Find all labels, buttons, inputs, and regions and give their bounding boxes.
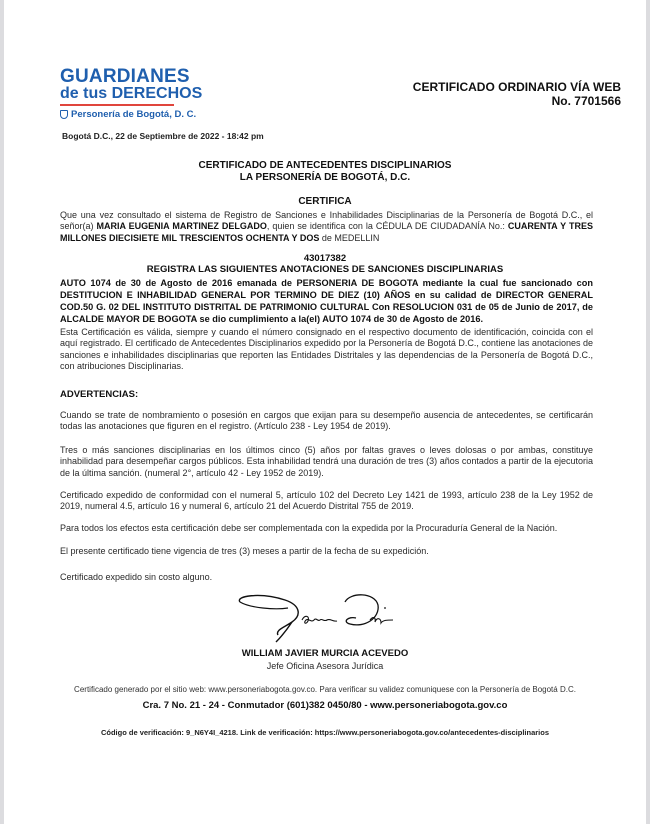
footer-generated-note: Certificado generado por el sitio web: w… xyxy=(40,685,610,694)
signature-icon xyxy=(230,590,420,645)
certifica-heading: CERTIFICA xyxy=(60,196,590,207)
certificate-number: No. 7701566 xyxy=(413,94,621,108)
intro-paragraph: Que una vez consultado el sistema de Reg… xyxy=(60,210,593,244)
warning-item: Certificado expedido sin costo alguno. xyxy=(60,572,593,583)
signer-name: WILLIAM JAVIER MURCIA ACEVEDO xyxy=(60,648,590,659)
footer-address: Cra. 7 No. 21 - 24 - Conmutador (601)382… xyxy=(60,700,590,711)
signer-role: Jefe Oficina Asesora Jurídica xyxy=(60,661,590,671)
validity-paragraph: Esta Certificación es válida, siempre y … xyxy=(60,327,593,372)
page-edge-right xyxy=(646,0,650,824)
logo-line-3: Personería de Bogotá, D. C. xyxy=(60,109,220,120)
sanction-record: AUTO 1074 de 30 de Agosto de 2016 emanad… xyxy=(60,277,593,325)
certificate-type-label: CERTIFICADO ORDINARIO VÍA WEB xyxy=(413,80,621,94)
person-name: MARIA EUGENIA MARTINEZ DELGADO xyxy=(97,221,267,231)
document-title-line-1: CERTIFICADO DE ANTECEDENTES DISCIPLINARI… xyxy=(60,160,590,172)
document-title: CERTIFICADO DE ANTECEDENTES DISCIPLINARI… xyxy=(60,160,590,184)
registra-heading: REGISTRA LAS SIGUIENTES ANOTACIONES DE S… xyxy=(60,264,590,275)
logo-divider xyxy=(60,104,174,106)
logo-line-1: GUARDIANES xyxy=(60,68,220,86)
warning-item: Cuando se trate de nombramiento o posesi… xyxy=(60,410,593,433)
warning-item: Tres o más sanciones disciplinarias en l… xyxy=(60,445,593,479)
warning-item: El presente certificado tiene vigencia d… xyxy=(60,546,593,557)
verification-code: Código de verificación: 9_N6Y4I_4218. Li… xyxy=(40,728,610,737)
issue-date: Bogotá D.C., 22 de Septiembre de 2022 - … xyxy=(62,131,264,141)
warning-item: Certificado expedido de conformidad con … xyxy=(60,490,593,513)
logo-entity: Personería de Bogotá, D. C. xyxy=(71,109,196,120)
id-issued-place: de MEDELLIN xyxy=(319,233,379,243)
warning-item: Para todos los efectos esta certificació… xyxy=(60,523,593,534)
shield-icon xyxy=(60,110,68,119)
logo: GUARDIANES de tus DERECHOS Personería de… xyxy=(60,68,220,120)
logo-line-2: de tus DERECHOS xyxy=(60,86,220,102)
page-edge-left xyxy=(0,0,4,824)
id-number: 43017382 xyxy=(60,253,590,264)
document-title-line-2: LA PERSONERÍA DE BOGOTÁ, D.C. xyxy=(60,172,590,184)
advertencias-heading: ADVERTENCIAS: xyxy=(60,389,138,400)
certificate-type: CERTIFICADO ORDINARIO VÍA WEB No. 770156… xyxy=(413,80,621,108)
intro-text-mid: , quien se identifica con la CÉDULA DE C… xyxy=(267,221,508,231)
